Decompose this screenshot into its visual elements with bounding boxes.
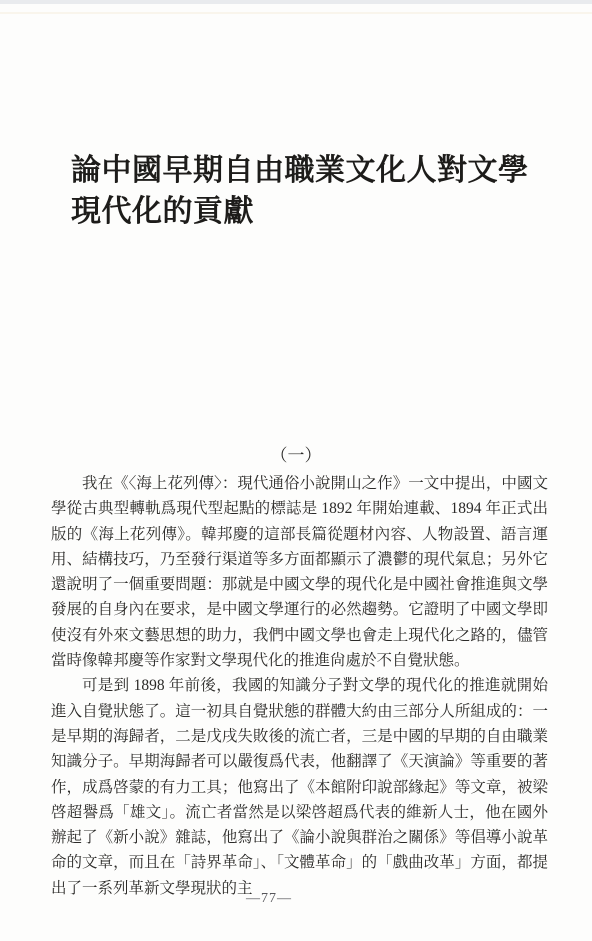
scan-edge-artifact-line <box>0 12 592 14</box>
article-title-line-1: 論中國早期自由職業文化人對文學 <box>71 150 551 191</box>
section-marker: （一） <box>0 441 592 466</box>
page-number: —77— <box>0 891 592 907</box>
paragraph-2: 可是到 1898 年前後，我國的知識分子對文學的現代化的推進就開始進入自覺狀態了… <box>51 673 548 901</box>
article-title: 論中國早期自由職業文化人對文學 現代化的貢獻 <box>71 150 551 232</box>
scanned-book-page: 論中國早期自由職業文化人對文學 現代化的貢獻 （一） 我在《〈海上花列傳〉：現代… <box>0 0 592 941</box>
paragraph-1: 我在《〈海上花列傳〉：現代通俗小說開山之作》一文中提出，中國文學從古典型轉軌爲現… <box>51 471 548 673</box>
article-body: 我在《〈海上花列傳〉：現代通俗小說開山之作》一文中提出，中國文學從古典型轉軌爲現… <box>51 471 548 901</box>
scan-edge-artifact <box>0 0 592 4</box>
article-title-line-2: 現代化的貢獻 <box>71 191 551 232</box>
